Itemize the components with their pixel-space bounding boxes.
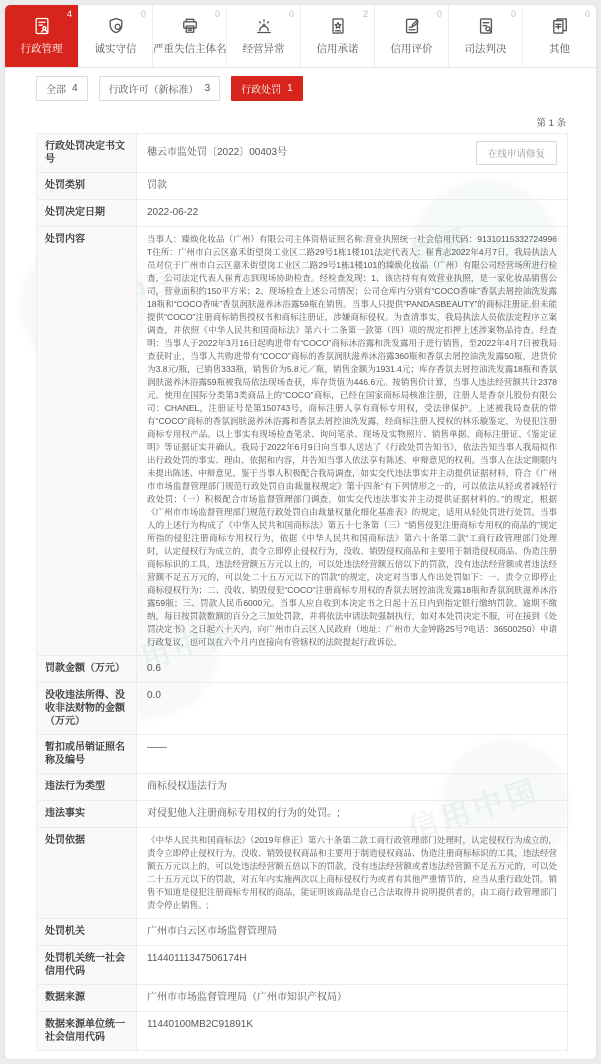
table-row: 违法事实对侵犯他人注册商标专用权的行为的处罚。; xyxy=(37,800,567,827)
tab-count-badge: 0 xyxy=(511,9,516,19)
table-row: 处罚依据《中华人民共和国商标法》（2019年修正）第六十条第二款工商行政管理部门… xyxy=(37,827,567,918)
shield-icon xyxy=(106,16,126,36)
printer-icon xyxy=(180,16,200,36)
table-row: 行政处罚决定书文号穗云市监处罚〔2022〕00403号在线申请修复 xyxy=(37,134,567,172)
row-label: 处罚机关 xyxy=(37,919,137,945)
row-value: —— xyxy=(147,742,167,753)
row-label: 违法行为类型 xyxy=(37,774,137,800)
row-label: 没收违法所得、没收非法财物的金额（万元） xyxy=(37,683,137,734)
row-label: 数据来源 xyxy=(37,985,137,1011)
row-value-cell: 2022-06-22 xyxy=(137,200,567,226)
row-value: 罚款 xyxy=(147,180,167,191)
row-label: 行政处罚决定书文号 xyxy=(37,134,137,172)
tab-label: 信用承诺 xyxy=(317,41,359,56)
row-value-cell: 0.0 xyxy=(137,683,567,734)
main-tab[interactable]: 0信用评价 xyxy=(375,5,449,67)
tab-label: 严重失信主体名单 xyxy=(153,41,226,56)
tab-count-badge: 0 xyxy=(289,9,294,19)
record-index: 第 1 条 xyxy=(5,108,596,133)
row-value: 0.6 xyxy=(147,663,161,674)
row-value-cell: 商标侵权违法行为 xyxy=(137,774,567,800)
doc-stack-icon xyxy=(550,16,570,36)
filter-chip[interactable]: 行政处罚1 xyxy=(231,76,303,101)
table-row: 没收违法所得、没收非法财物的金额（万元）0.0 xyxy=(37,682,567,734)
table-row: 数据来源广州市市场监督管理局（广州市知识产权局） xyxy=(37,984,567,1011)
row-value: 11440100MB2C91891K xyxy=(147,1019,253,1030)
row-value-cell: 0.6 xyxy=(137,656,567,682)
row-label: 处罚决定日期 xyxy=(37,200,137,226)
row-value-cell: 穗云市监处罚〔2022〕00403号在线申请修复 xyxy=(137,134,567,172)
tab-count-badge: 0 xyxy=(437,9,442,19)
row-value-cell: 广州市白云区市场监督管理局 xyxy=(137,919,567,945)
row-value: 11440111347506174H xyxy=(147,953,247,964)
table-row: 处罚机关统一社会信用代码11440111347506174H xyxy=(37,945,567,984)
table-row: 暂扣或吊销证照名称及编号—— xyxy=(37,734,567,773)
tab-label: 其他 xyxy=(549,41,570,56)
doc-search-icon xyxy=(476,16,496,36)
row-value-cell: 《中华人民共和国商标法》（2019年修正）第六十条第二款工商行政管理部门处理时，… xyxy=(137,828,567,918)
table-row: 处罚决定日期2022-06-22 xyxy=(37,199,567,226)
detail-table: 行政处罚决定书文号穗云市监处罚〔2022〕00403号在线申请修复处罚类别罚款处… xyxy=(36,133,568,1051)
tab-count-badge: 0 xyxy=(141,9,146,19)
row-value-cell: 11440111347506174H xyxy=(137,946,567,984)
tab-count-badge: 2 xyxy=(363,9,368,19)
filter-chip-label: 行政许可（新标准） xyxy=(109,81,199,96)
doc-person-icon xyxy=(32,16,52,36)
penalty-detail-page: 信用中国信用中国信用中国信用中国信用中国 4行政管理0诚实守信0严重失信主体名单… xyxy=(5,5,596,1059)
row-value-cell: 11440100MB2C91891K xyxy=(137,1012,567,1050)
tab-count-badge: 0 xyxy=(215,9,220,19)
table-row: 数据来源单位统一社会信用代码11440100MB2C91891K xyxy=(37,1011,567,1050)
tab-count-badge: 0 xyxy=(585,9,590,19)
main-tab[interactable]: 0其他 xyxy=(523,5,596,67)
tab-label: 经营异常 xyxy=(243,41,285,56)
tab-label: 司法判决 xyxy=(465,41,507,56)
row-value: 《中华人民共和国商标法》（2019年修正）第六十条第二款工商行政管理部门处理时，… xyxy=(147,835,557,910)
row-label: 处罚内容 xyxy=(37,227,137,655)
filter-bar: 全部4行政许可（新标准）3行政处罚1 xyxy=(5,68,596,108)
row-value: 对侵犯他人注册商标专用权的行为的处罚。; xyxy=(147,808,340,819)
tab-count-badge: 4 xyxy=(67,9,72,19)
row-label: 违法事实 xyxy=(37,801,137,827)
filter-chip-count: 4 xyxy=(72,83,78,94)
row-label: 处罚依据 xyxy=(37,828,137,918)
tab-label: 行政管理 xyxy=(21,41,63,56)
filter-chip-count: 3 xyxy=(205,83,211,94)
row-value: 商标侵权违法行为 xyxy=(147,781,227,792)
main-tab[interactable]: 2信用承诺 xyxy=(301,5,375,67)
doc-star-icon xyxy=(328,16,348,36)
row-value: 广州市白云区市场监督管理局 xyxy=(147,926,277,937)
row-value: 当事人：臻焕化妆品（广州）有限公司主体资格证照名称:营业执照统一社会信用代码：9… xyxy=(147,234,557,647)
main-tab[interactable]: 0诚实守信 xyxy=(79,5,153,67)
row-label: 处罚机关统一社会信用代码 xyxy=(37,946,137,984)
filter-chip-count: 1 xyxy=(287,83,293,94)
table-row: 处罚类别罚款 xyxy=(37,172,567,199)
tab-label: 诚实守信 xyxy=(95,41,137,56)
row-value: 穗云市监处罚〔2022〕00403号 xyxy=(147,146,468,160)
tab-bar: 4行政管理0诚实守信0严重失信主体名单0经营异常2信用承诺0信用评价0司法判决0… xyxy=(5,5,596,68)
filter-chip[interactable]: 行政许可（新标准）3 xyxy=(99,76,221,101)
row-label: 暂扣或吊销证照名称及编号 xyxy=(37,735,137,773)
main-tab[interactable]: 4行政管理 xyxy=(5,5,79,67)
row-label: 数据来源单位统一社会信用代码 xyxy=(37,1012,137,1050)
row-value-cell: 对侵犯他人注册商标专用权的行为的处罚。; xyxy=(137,801,567,827)
table-row: 处罚内容当事人：臻焕化妆品（广州）有限公司主体资格证照名称:营业执照统一社会信用… xyxy=(37,226,567,655)
alarm-icon xyxy=(254,16,274,36)
row-value-cell: 当事人：臻焕化妆品（广州）有限公司主体资格证照名称:营业执照统一社会信用代码：9… xyxy=(137,227,567,655)
filter-chip-label: 行政处罚 xyxy=(241,81,281,96)
filter-chip[interactable]: 全部4 xyxy=(36,76,88,101)
row-value-cell: —— xyxy=(137,735,567,773)
table-row: 罚款金额（万元）0.6 xyxy=(37,655,567,682)
online-repair-request-button[interactable]: 在线申请修复 xyxy=(476,141,557,165)
tab-label: 信用评价 xyxy=(391,41,433,56)
doc-edit-icon xyxy=(402,16,422,36)
row-label: 罚款金额（万元） xyxy=(37,656,137,682)
row-value: 广州市市场监督管理局（广州市知识产权局） xyxy=(147,992,347,1003)
filter-chip-label: 全部 xyxy=(46,81,66,96)
row-value: 2022-06-22 xyxy=(147,207,198,218)
main-tab[interactable]: 0司法判决 xyxy=(449,5,523,67)
main-tab[interactable]: 0严重失信主体名单 xyxy=(153,5,227,67)
main-tab[interactable]: 0经营异常 xyxy=(227,5,301,67)
row-value: 0.0 xyxy=(147,690,161,701)
row-value-cell: 罚款 xyxy=(137,173,567,199)
row-label: 处罚类别 xyxy=(37,173,137,199)
row-value-cell: 广州市市场监督管理局（广州市知识产权局） xyxy=(137,985,567,1011)
table-row: 违法行为类型商标侵权违法行为 xyxy=(37,773,567,800)
table-row: 处罚机关广州市白云区市场监督管理局 xyxy=(37,918,567,945)
